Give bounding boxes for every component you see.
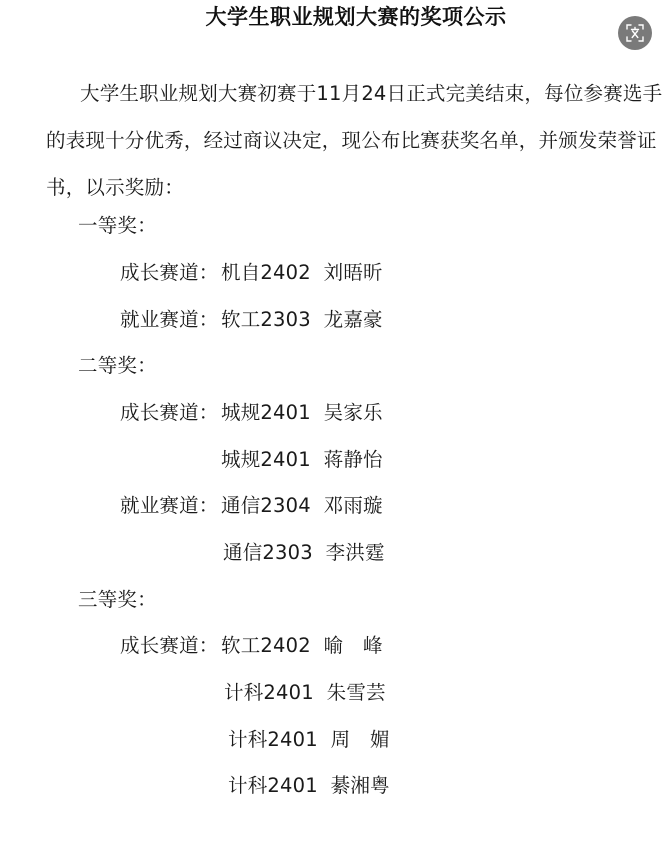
track-label-growth: 成长赛道： xyxy=(120,631,219,661)
winner-entry: 城规2401 蒋静怡 xyxy=(221,445,383,475)
winner-entry: 计科2401 綦湘粤 xyxy=(228,771,390,801)
winner-entry: 通信2304 邓雨璇 xyxy=(221,491,383,521)
translate-button[interactable] xyxy=(618,16,652,50)
track-label-growth: 成长赛道： xyxy=(120,398,219,428)
winner-entry: 城规2401 吴家乐 xyxy=(221,398,383,428)
track-label-growth: 成长赛道： xyxy=(120,258,219,288)
winner-entry: 软工2303 龙嘉豪 xyxy=(221,305,383,335)
track-label-employment: 就业赛道： xyxy=(120,305,219,335)
winner-entry: 通信2303 李洪霆 xyxy=(223,538,385,568)
award-level-third: 三等奖： xyxy=(78,585,157,615)
award-level-second: 二等奖： xyxy=(78,351,157,381)
winner-entry: 机自2402 刘晤昕 xyxy=(221,258,383,288)
winner-entry: 计科2401 朱雪芸 xyxy=(224,678,386,708)
track-label-employment: 就业赛道： xyxy=(120,491,219,521)
award-level-first: 一等奖： xyxy=(78,211,157,241)
translate-icon xyxy=(625,23,645,43)
document-title: 大学生职业规划大赛的奖项公示 xyxy=(0,2,672,32)
winner-entry: 计科2401 周 媚 xyxy=(228,725,390,755)
intro-paragraph: 大学生职业规划大赛初赛于11月24日正式完美结束，每位参赛选手的表现十分优秀，经… xyxy=(46,70,666,211)
winner-entry: 软工2402 喻 峰 xyxy=(221,631,383,661)
